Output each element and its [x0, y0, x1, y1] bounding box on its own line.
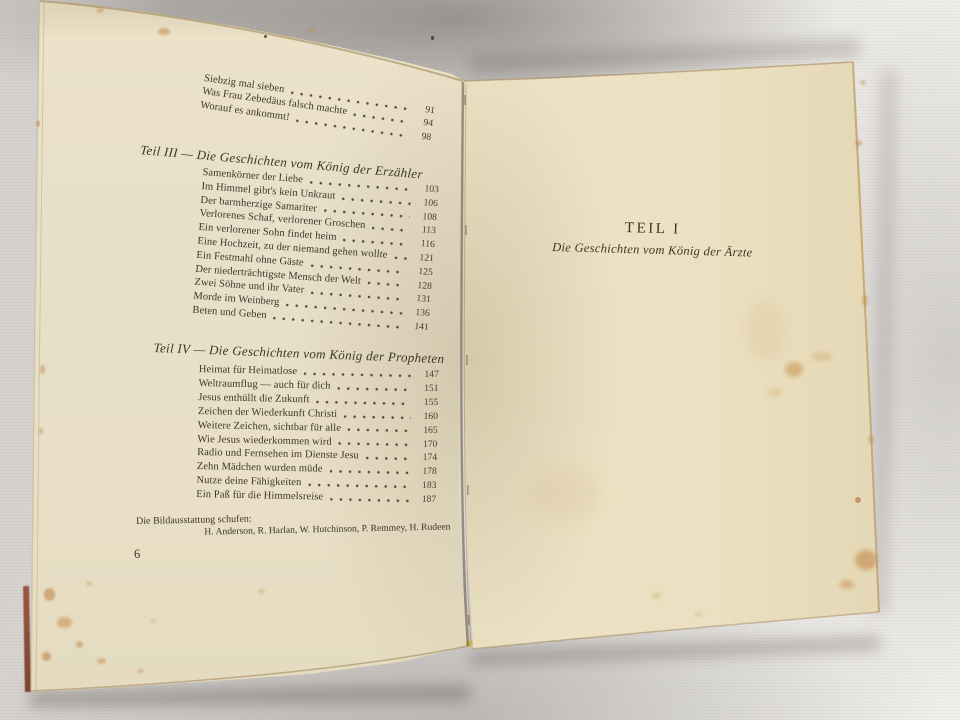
book-cover-edge: [23, 586, 31, 692]
toc-entry-page: 147: [417, 368, 439, 382]
toc-entry-page: 155: [416, 395, 438, 409]
toc-entry-page: 141: [406, 319, 429, 334]
dot-leader: [304, 372, 412, 377]
toc-entry-page: 151: [416, 382, 438, 396]
photo-of-open-book: Siebzig mal sieben91Was Frau Zebedäus fa…: [0, 0, 960, 720]
toc-entry-page: 174: [415, 451, 437, 465]
toc-entry-page: 98: [408, 128, 432, 145]
dot-leader: [394, 256, 407, 260]
toc-entry-page: 187: [414, 493, 436, 507]
toc-entry-page: 165: [415, 423, 437, 437]
toc-entry-page: 170: [415, 437, 437, 451]
toc-entry-page: 160: [416, 409, 438, 423]
dot-leader: [337, 387, 411, 392]
dot-leader: [344, 415, 411, 419]
toc-entry-page: 183: [414, 479, 436, 493]
dot-leader: [368, 282, 405, 288]
dot-leader: [308, 483, 409, 488]
dot-leader: [348, 429, 411, 433]
foxing-stain: [306, 28, 315, 33]
dot-leader: [317, 400, 412, 405]
foxing-stain: [431, 36, 434, 40]
toc-entry-page: 178: [415, 465, 437, 479]
dot-leader: [343, 238, 408, 246]
toc-section-entries-teil-4: Heimat für Heimatlose147Weltraumflug — a…: [196, 363, 439, 507]
foxing-stain: [860, 80, 866, 85]
dot-leader: [329, 470, 409, 475]
dot-leader: [372, 227, 409, 233]
page-number: 6: [134, 547, 140, 562]
shadow-right-of-book: [873, 70, 895, 615]
toc-section-entries-teil-3: Samenkörner der Liebe103Im Himmel gibt's…: [192, 166, 439, 335]
dot-leader: [339, 442, 411, 446]
dot-leader: [366, 457, 410, 461]
toc-entry-title: Ein Paß für die Himmelsreise: [196, 488, 323, 504]
part-title-block: TEIL I Die Geschichten vom König der Ärz…: [552, 218, 753, 261]
dot-leader: [330, 498, 409, 503]
